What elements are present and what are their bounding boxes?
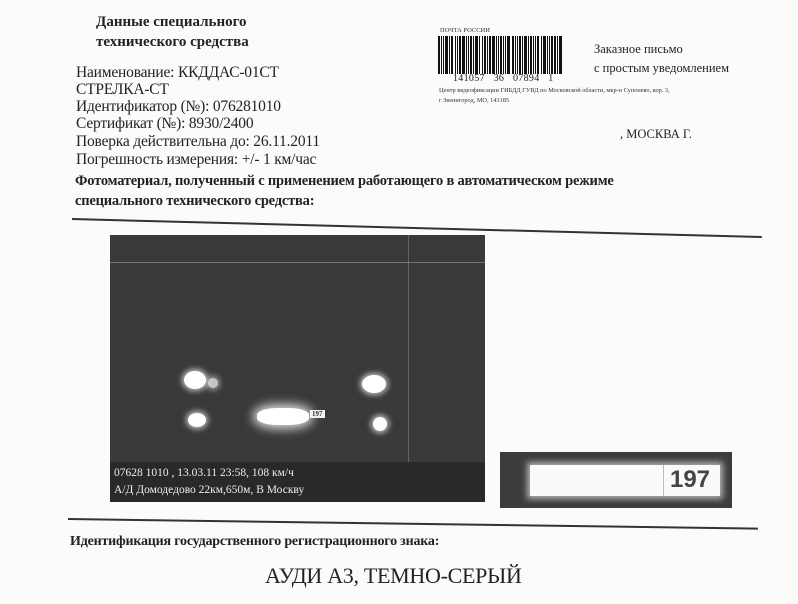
photo-scanline — [110, 262, 485, 263]
photo-heading-line2: специального технического средства: — [75, 191, 614, 211]
photo-heading-line1: Фотоматериал, полученный с применением р… — [75, 171, 614, 191]
device-identifier: Идентификатор (№): 076281010 — [76, 98, 281, 115]
mail-type-line1: Заказное письмо — [594, 40, 729, 59]
device-error: Погрешность измерения: +/- 1 км/час — [76, 151, 316, 168]
redacted-address — [430, 118, 620, 148]
device-title-line1: Данные специального — [96, 12, 249, 32]
foglight-right — [373, 417, 387, 431]
mail-type: Заказное письмо с простым уведомлением — [594, 40, 729, 78]
recipient-city: , МОСКВА Г. — [620, 127, 692, 142]
photo-seam — [408, 235, 409, 462]
plate-region-small: 197 — [310, 410, 325, 418]
identification-label: Идентификация государственного регистрац… — [70, 534, 439, 550]
caption-line2: А/Д Домодедово 22км,650м, В Москву — [114, 482, 485, 499]
photo-section-heading: Фотоматериал, полученный с применением р… — [75, 171, 614, 211]
divider-bottom — [68, 518, 758, 529]
device-certificate: Сертификат (№): 8930/2400 — [76, 115, 253, 132]
headlight-left-aux — [208, 378, 218, 388]
device-title-line2: технического средства — [96, 32, 249, 52]
device-section-title: Данные специального технического средств… — [96, 12, 249, 52]
device-verification: Поверка действительна до: 26.11.2011 — [76, 133, 320, 150]
foglight-left — [188, 413, 206, 427]
headlight-right-upper — [362, 375, 386, 393]
headlight-left-upper — [184, 371, 206, 389]
sender-address: Центр видеофиксации ГИБДД ГУВД по Москов… — [439, 86, 779, 106]
postal-label: ПОЧТА РОССИИ — [440, 27, 490, 34]
sender-line1: Центр видеофиксации ГИБДД ГУВД по Москов… — [439, 86, 779, 96]
barcode — [438, 36, 570, 74]
photo-caption: 07628 1010 , 13.03.11 23:58, 108 км/ч А/… — [110, 462, 485, 502]
sender-line2: г Звенигород, МО, 143185 — [439, 96, 779, 106]
plate-glare — [257, 408, 309, 425]
plate-closeup: 197 — [500, 452, 732, 508]
caption-line1: 07628 1010 , 13.03.11 23:58, 108 км/ч — [114, 465, 485, 482]
device-name: Наименование: ККДДАС-01СТ — [76, 64, 279, 81]
plate-region-code: 197 — [663, 465, 716, 496]
plate-blurred: 197 — [530, 465, 720, 496]
device-model: СТРЕЛКА-СТ — [76, 81, 169, 98]
barcode-number: 141057 36 07894 1 — [453, 73, 554, 84]
camera-photo: 197 07628 1010 , 13.03.11 23:58, 108 км/… — [110, 235, 485, 502]
mail-type-line2: с простым уведомлением — [594, 59, 729, 78]
vehicle-description: АУДИ А3, ТЕМНО-СЕРЫЙ — [265, 563, 522, 589]
